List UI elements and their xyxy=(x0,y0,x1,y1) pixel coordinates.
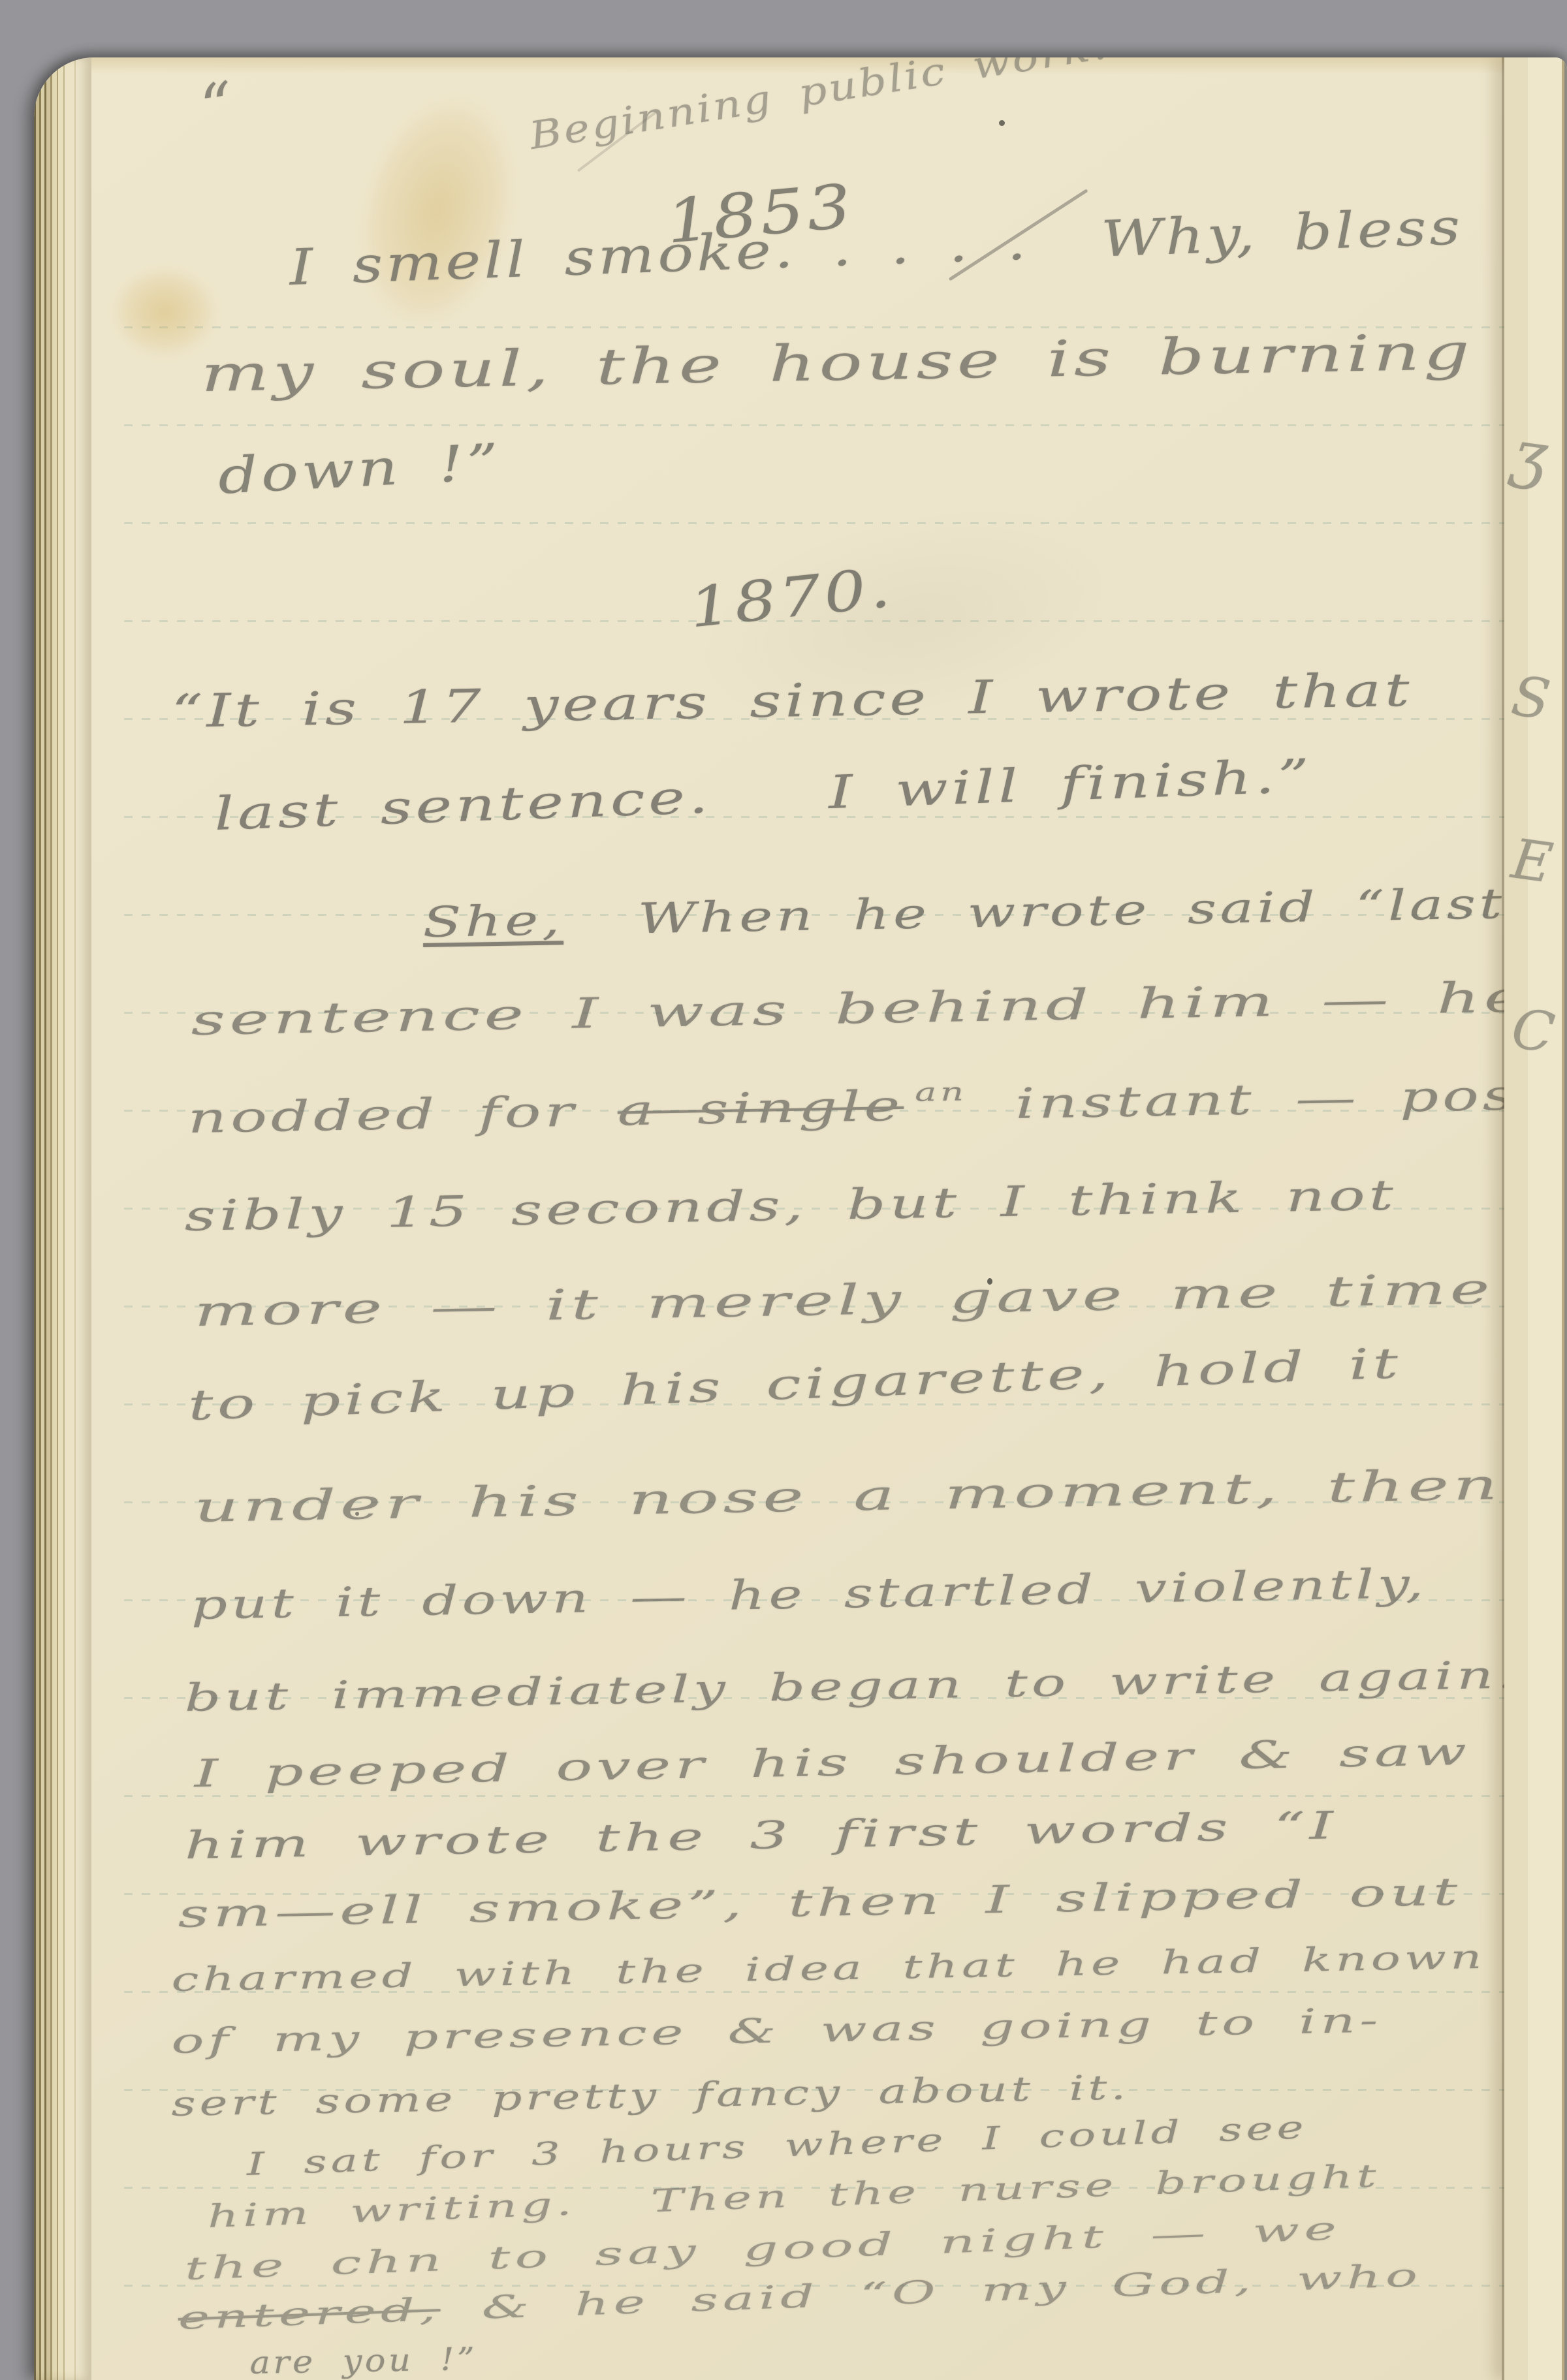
manuscript-line: are you !” xyxy=(249,2343,478,2379)
facing-page-edge-glyph: ʒ xyxy=(1507,416,1552,493)
ruled-line xyxy=(124,1795,1528,1797)
manuscript-segment-insert: an xyxy=(915,1080,968,1106)
manuscript-segment-underline: She, xyxy=(422,896,563,947)
notebook-page: Beginning public work? “1853I smell smok… xyxy=(34,57,1567,2380)
facing-page-edge-glyph: S xyxy=(1508,663,1554,732)
facing-page-sliver: ʒSEC xyxy=(1502,57,1567,2380)
ink-speck xyxy=(999,120,1005,126)
manuscript-segment: instant — pos- xyxy=(975,1071,1542,1129)
facing-page-edge-glyph: E xyxy=(1508,826,1556,896)
manuscript-segment: nodded for xyxy=(187,1088,618,1143)
manuscript-segment: are you !” xyxy=(249,2341,478,2380)
binding-page-edges xyxy=(34,57,91,2380)
ruled-line xyxy=(124,424,1528,426)
manuscript-line: down !” xyxy=(217,437,503,501)
facing-page-edge-glyph: C xyxy=(1508,996,1558,1065)
manuscript-segment-struck: a single xyxy=(617,1082,904,1136)
photo-backdrop: { "colors": { "pencil": "#6a6860", "page… xyxy=(0,0,1567,2380)
ruled-line xyxy=(124,522,1528,524)
